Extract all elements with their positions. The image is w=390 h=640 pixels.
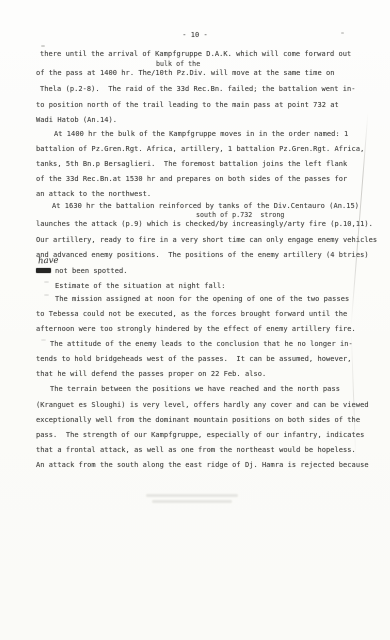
text-line: pass. The strength of our Kampfgruppe, e…	[36, 431, 364, 439]
text-line: to position north of the trail leading t…	[36, 101, 339, 109]
bleedthrough-smudge	[146, 494, 238, 497]
text-line: battalion of Pz.Gren.Rgt. Africa, artill…	[36, 145, 364, 153]
text-line: Thela (p.2-8). The raid of the 33d Rec.B…	[40, 85, 356, 93]
text-line-with-redaction: not been spotted.	[36, 267, 128, 275]
text-line: an attack to the northwest.	[36, 190, 151, 198]
paper-crease-line-2	[351, 330, 357, 460]
text-line: that a frontal attack, as well as one fr…	[36, 446, 356, 454]
text-line: that he will defend the passes proper on…	[36, 370, 266, 378]
text-line: At 1400 hr the bulk of the Kampfgruppe m…	[54, 130, 348, 138]
text-line: An attack from the south along the east …	[36, 461, 369, 469]
text-line: (Kranguet es Sloughi) is very level, off…	[36, 401, 369, 409]
scan-speck	[341, 32, 344, 34]
text-line: The attitude of the enemy leads to the c…	[50, 340, 353, 348]
scan-speck	[41, 339, 46, 341]
text-line: Estimate of the situation at night fall:	[55, 282, 226, 290]
text-line: of the pass at 1400 hr. The/10th Pz.Div.…	[36, 69, 335, 77]
text-line-text: not been spotted.	[55, 267, 128, 275]
page-number: - 10 -	[0, 31, 390, 39]
text-line: The terrain between the positions we hav…	[50, 385, 340, 393]
text-line: The mission assigned at noon for the ope…	[55, 295, 349, 303]
redaction-mark	[36, 268, 51, 273]
text-line: Wadi Hatob (An.14).	[36, 116, 117, 124]
bleedthrough-smudge	[152, 500, 232, 503]
interline-insertion: bulk of the	[156, 60, 200, 68]
scan-speck	[44, 281, 49, 283]
text-line: tends to hold bridgeheads west of the pa…	[36, 355, 352, 363]
handwritten-correction: have	[38, 257, 59, 266]
scanned-document-page: - 10 -there until the arrival of Kampfgr…	[0, 0, 390, 640]
text-line: launches the attack (p.9) which is check…	[36, 220, 373, 228]
text-line: tanks, 5th Bn.p Bersaglieri. The foremos…	[36, 160, 347, 168]
text-line: Our artillery, ready to fire in a very s…	[36, 236, 377, 244]
text-line: and advanced enemy positions. The positi…	[36, 251, 369, 259]
scan-speck	[41, 45, 45, 47]
text-line: to Tebessa could not be executed, as the…	[36, 310, 347, 318]
text-line: At 1630 hr the battalion reinforced by t…	[52, 202, 359, 210]
text-line: of the 33d Rec.Bn.at 1530 hr and prepare…	[36, 175, 347, 183]
text-line: there until the arrival of Kampfgruppe D…	[40, 50, 351, 58]
scan-speck	[44, 294, 49, 296]
text-line: afternoon were too strongly hindered by …	[36, 325, 356, 333]
interline-insertion: south of p.732 strong	[196, 211, 284, 219]
text-line: exceptionally well from the dominant mou…	[36, 416, 360, 424]
